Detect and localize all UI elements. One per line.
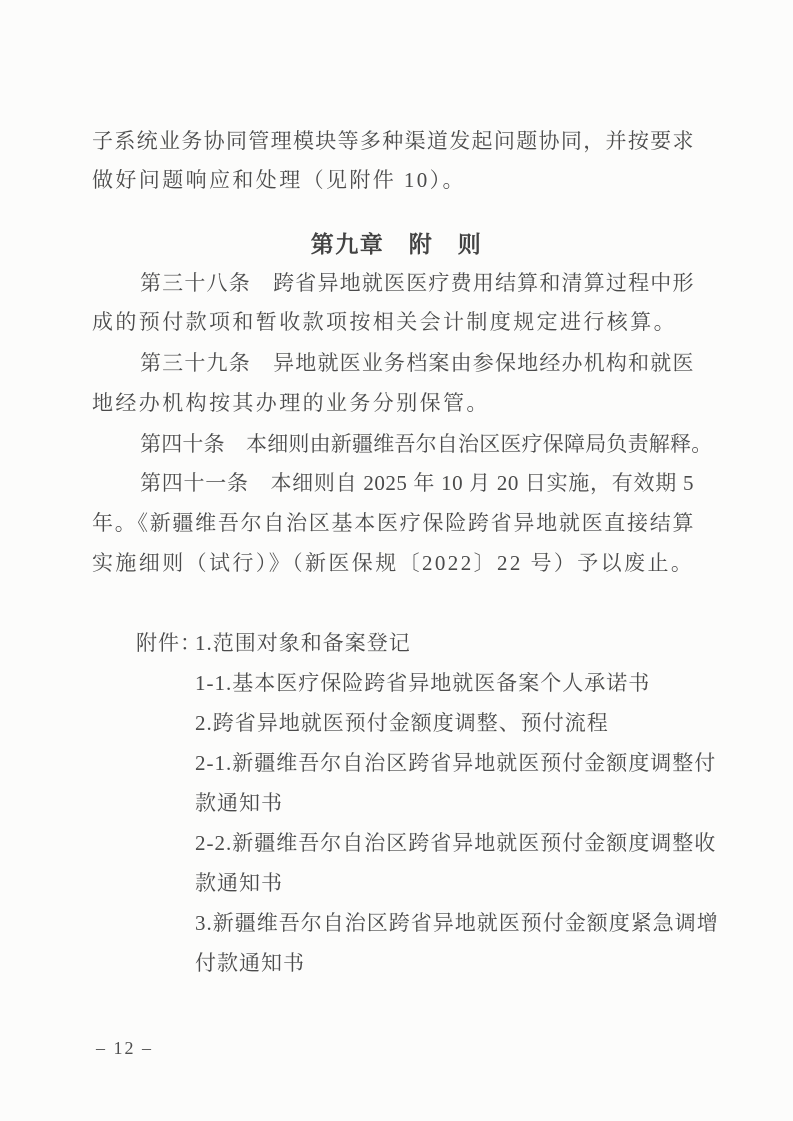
attachment-item-2-2-line-2: 款通知书 [195, 870, 283, 897]
article-41-line-3: 实施细则（试行）》（新医保规〔2022〕22 号）予以废止。 [92, 550, 694, 577]
article-38-line-2: 成的预付款项和暂收款项按相关会计制度规定进行核算。 [92, 309, 677, 336]
article-39-line-2: 地经办机构按其办理的业务分别保管。 [92, 390, 490, 417]
continuation-line-2: 做好问题响应和处理（见附件 10）。 [92, 167, 466, 194]
attachment-item-2-1-line-2: 款通知书 [195, 790, 283, 817]
article-40-line: 第四十条 本细则由新疆维吾尔自治区医疗保障局负责解释。 [140, 431, 712, 458]
article-38-line-1: 第三十八条 跨省异地就医医疗费用结算和清算过程中形 [140, 270, 694, 297]
attachment-item-2-2-line-1: 2-2.新疆维吾尔自治区跨省异地就医预付金额度调整收 [195, 830, 716, 857]
attachment-item-2-1-line-1: 2-1.新疆维吾尔自治区跨省异地就医预付金额度调整付 [195, 750, 716, 777]
continuation-line-1: 子系统业务协同管理模块等多种渠道发起问题协同，并按要求 [92, 128, 694, 155]
document-page: 子系统业务协同管理模块等多种渠道发起问题协同，并按要求 做好问题响应和处理（见附… [0, 0, 793, 1121]
attachment-item-3-line-2: 付款通知书 [195, 950, 305, 977]
attachment-item-1: 1.范围对象和备案登记 [195, 630, 411, 657]
attachments-label: 附件： [136, 630, 202, 657]
attachment-item-1-1: 1-1.基本医疗保险跨省异地就医备案个人承诺书 [195, 670, 650, 697]
article-41-line-1: 第四十一条 本细则自 2025 年 10 月 20 日实施，有效期 5 [140, 470, 694, 497]
chapter-heading: 第九章 附 则 [0, 226, 793, 259]
attachment-item-2: 2.跨省异地就医预付金额度调整、预付流程 [195, 710, 609, 737]
page-number: – 12 – [96, 1038, 153, 1059]
attachment-item-3-line-1: 3.新疆维吾尔自治区跨省异地就医预付金额度紧急调增 [195, 910, 719, 937]
article-41-line-2: 年。《新疆维吾尔自治区基本医疗保险跨省异地就医直接结算 [92, 510, 694, 537]
article-39-line-1: 第三十九条 异地就医业务档案由参保地经办机构和就医 [140, 350, 694, 377]
